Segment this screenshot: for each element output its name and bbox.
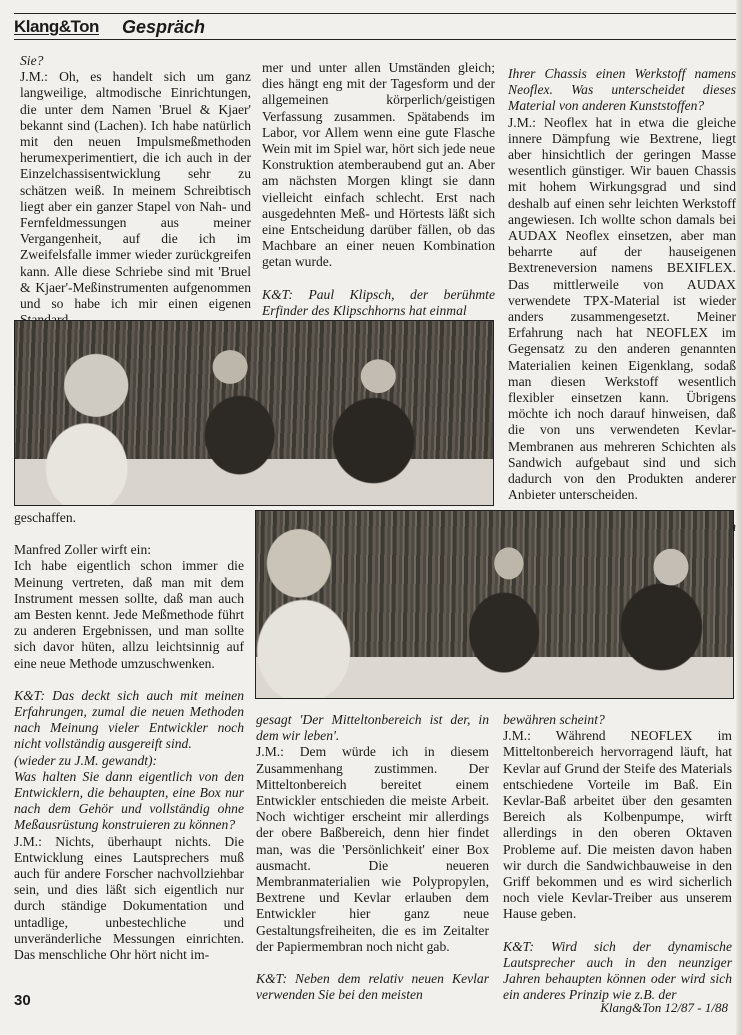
interviewer-question: bewähren scheint? [503,712,732,728]
interviewer-question: Was halten Sie dann eigentlich von den E… [14,769,244,834]
paragraph: J.M.: Neoflex hat in etwa die gleiche in… [508,115,736,504]
interviewer-question: Sie? [20,53,251,69]
paragraph: J.M.: Dem würde ich in diesem Zusammenha… [256,744,489,955]
column-1-top: Sie?J.M.: Oh, es handelt sich um ganz la… [20,53,251,328]
interviewer-question: (wieder zu J.M. gewandt): [14,753,244,769]
paragraph: mer und unter allen Umständen gleich; di… [262,60,495,271]
column-2-bottom: gesagt 'Der Mitteltonbereich ist der, in… [256,712,489,1003]
interview-photo-2 [255,510,734,699]
interviewer-question: K&T: Das deckt sich auch mit meinen Erfa… [14,688,244,753]
column-3-top: Ihrer Chassis einen Werkstoff namens Neo… [508,66,736,552]
page-number: 30 [14,992,31,1009]
paragraph-gap [262,271,495,287]
column-1-bottom: geschaffen.Manfred Zoller wirft ein:Ich … [14,510,244,963]
paragraph-gap [503,923,732,939]
paragraph: J.M.: Oh, es handelt sich um ganz langwe… [20,69,251,328]
paragraph: J.M.: Nichts, überhaupt nichts. Die Entw… [14,834,244,964]
paragraph-gap [14,526,244,542]
interviewer-question: K&T: Neben dem relativ neuen Kevlar verw… [256,971,489,1003]
column-3-bottom: bewähren scheint?J.M.: Während NEOFLEX i… [503,712,732,1003]
paragraph: geschaffen. [14,510,244,526]
paragraph: Manfred Zoller wirft ein: [14,542,244,558]
magazine-logo: Klang&Ton [14,17,99,37]
interviewer-question: K&T: Wird sich der dynamische Lautsprech… [503,939,732,1004]
header-rule-bottom [14,39,742,40]
paragraph-gap [256,955,489,971]
interviewer-question: K&T: Paul Klipsch, der berühmte Erfinder… [262,287,495,319]
column-2-top: mer und unter allen Umständen gleich; di… [262,60,495,319]
interview-photo-1 [14,320,494,506]
interviewer-question: gesagt 'Der Mitteltonbereich ist der, in… [256,712,489,744]
issue-source: Klang&Ton 12/87 - 1/88 [600,1000,728,1016]
page-edge-shadow [736,0,742,1035]
paragraph-gap [14,672,244,688]
section-rubric: Gespräch [122,17,205,38]
page-header: Klang&Ton Gespräch [14,8,742,36]
paragraph: J.M.: Während NEOFLEX im Mitteltonbereic… [503,728,732,922]
header-rule-top [14,13,742,14]
paragraph: Ich habe eigentlich schon immer die Mein… [14,558,244,671]
interviewer-question: Ihrer Chassis einen Werkstoff namens Neo… [508,66,736,115]
